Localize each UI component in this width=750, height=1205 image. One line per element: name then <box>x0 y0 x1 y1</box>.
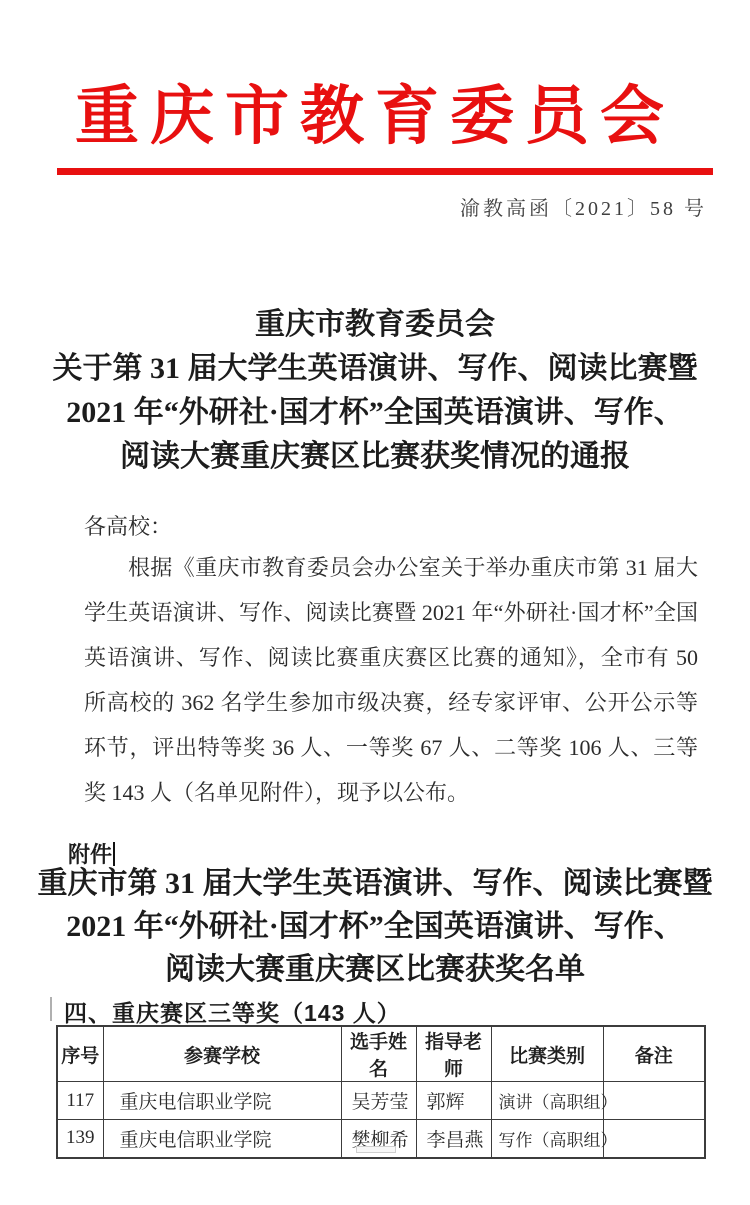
column-header-school: 参赛学校 <box>103 1026 341 1082</box>
cell-index: 117 <box>57 1082 103 1120</box>
notice-title-line: 阅读大赛重庆赛区比赛获奖情况的通报 <box>30 435 720 479</box>
table-header-row: 序号 参赛学校 选手姓名 指导老师 比赛类别 备注 <box>57 1026 705 1082</box>
letterhead-title: 重庆市教育委员会 <box>0 72 750 162</box>
cell-remark <box>603 1082 705 1120</box>
attachment-title: 重庆市第 31 届大学生英语演讲、写作、阅读比赛暨 2021 年“外研社·国才杯… <box>30 862 720 991</box>
cell-coach: 郭辉 <box>416 1082 491 1120</box>
attachment-title-line: 2021 年“外研社·国才杯”全国英语演讲、写作、 <box>30 905 720 948</box>
cell-coach: 李昌燕 <box>416 1120 491 1158</box>
column-header-index: 序号 <box>57 1026 103 1082</box>
cell-name: 吴芳莹 <box>341 1082 416 1120</box>
notice-title-line: 重庆市教育委员会 <box>30 303 720 347</box>
column-header-remark: 备注 <box>603 1026 705 1082</box>
table-row: 117 重庆电信职业学院 吴芳莹 郭辉 演讲（高职组） <box>57 1082 705 1120</box>
document-page: 重庆市教育委员会 渝教高函〔2021〕58 号 重庆市教育委员会 关于第 31 … <box>0 0 750 1205</box>
column-header-name: 选手姓名 <box>341 1026 416 1082</box>
doc-number: 渝教高函〔2021〕58 号 <box>57 192 707 221</box>
column-header-category: 比赛类别 <box>491 1026 603 1082</box>
notice-body-paragraph: 根据《重庆市教育委员会办公室关于举办重庆市第 31 届大学生英语演讲、写作、阅读… <box>84 545 698 815</box>
notice-title-line: 2021 年“外研社·国才杯”全国英语演讲、写作、 <box>30 391 720 435</box>
column-header-coach: 指导老师 <box>416 1026 491 1082</box>
scan-artifact <box>356 1146 396 1153</box>
awards-table: 序号 参赛学校 选手姓名 指导老师 比赛类别 备注 117 重庆电信职业学院 吴… <box>56 1025 706 1159</box>
attachment-title-line: 重庆市第 31 届大学生英语演讲、写作、阅读比赛暨 <box>30 862 720 905</box>
cell-index: 139 <box>57 1120 103 1158</box>
section-heading: 四、重庆赛区三等奖（143 人） <box>64 995 401 1028</box>
cell-category: 写作（高职组） <box>491 1120 603 1158</box>
notice-title-line: 关于第 31 届大学生英语演讲、写作、阅读比赛暨 <box>30 347 720 391</box>
salutation: 各高校： <box>84 510 172 541</box>
attachment-title-line: 阅读大赛重庆赛区比赛获奖名单 <box>30 948 720 991</box>
red-divider-rule <box>57 168 713 175</box>
notice-title: 重庆市教育委员会 关于第 31 届大学生英语演讲、写作、阅读比赛暨 2021 年… <box>30 303 720 479</box>
cell-category: 演讲（高职组） <box>491 1082 603 1120</box>
cell-school: 重庆电信职业学院 <box>103 1120 341 1158</box>
cell-school: 重庆电信职业学院 <box>103 1082 341 1120</box>
margin-tick-artifact <box>50 997 52 1021</box>
cell-remark <box>603 1120 705 1158</box>
